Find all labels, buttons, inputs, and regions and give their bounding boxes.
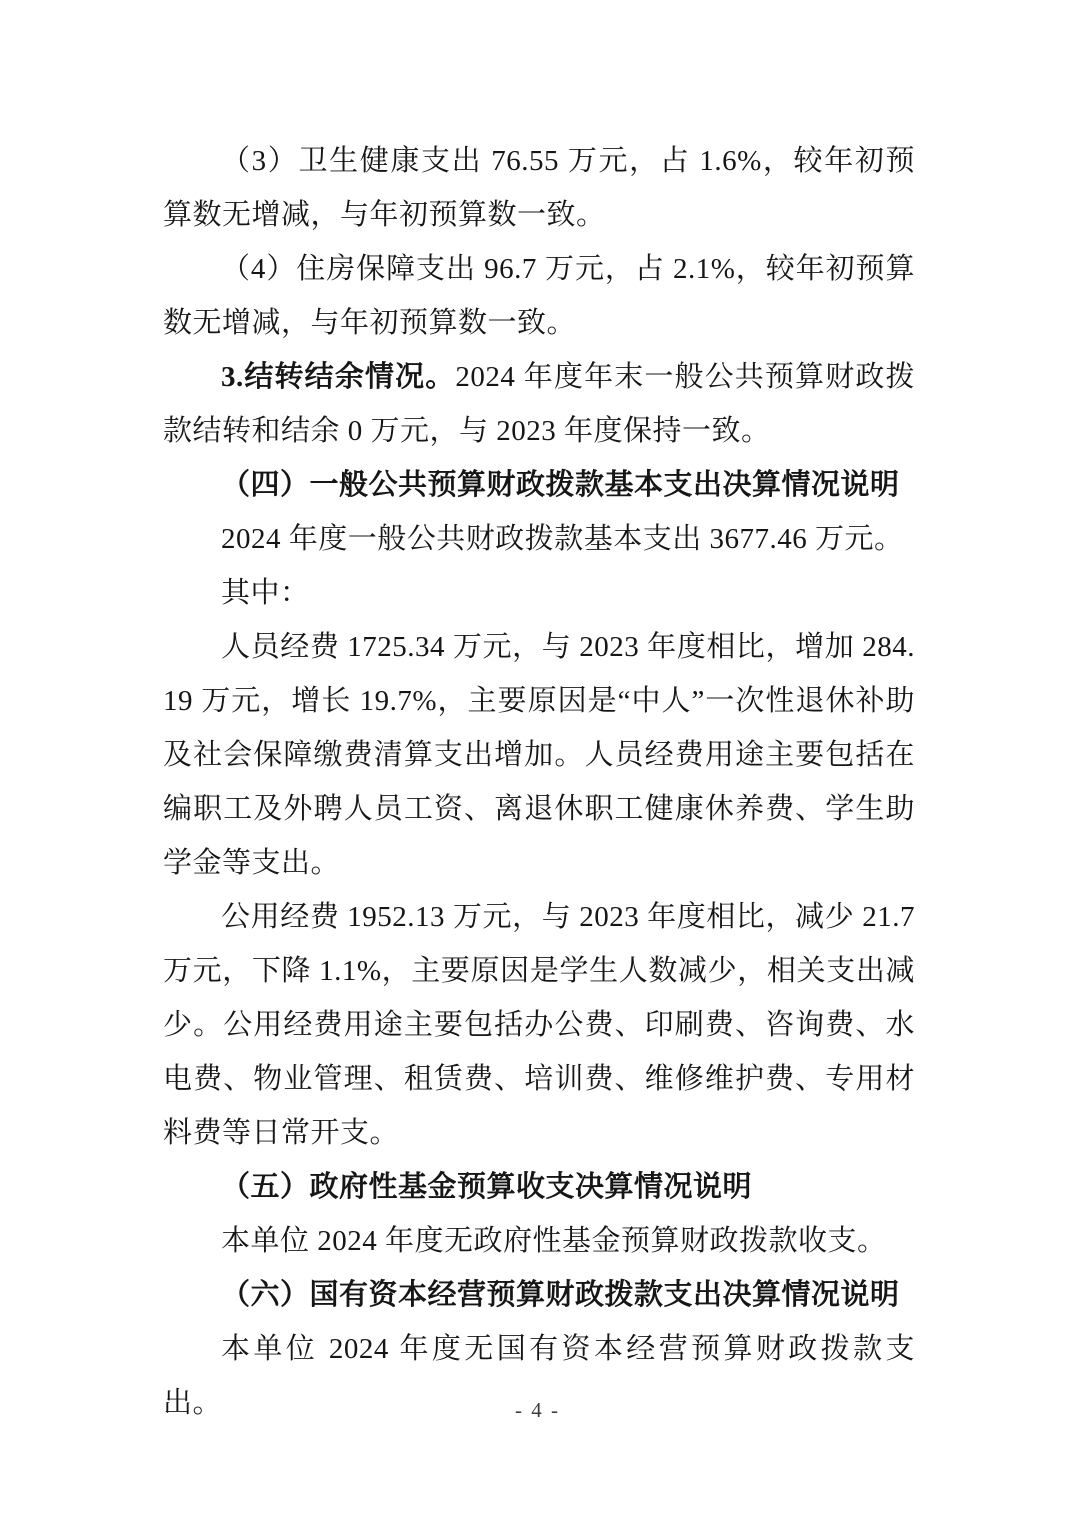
page-number: - 4 -: [0, 1398, 1075, 1423]
section-heading-state-capital-budget: （六）国有资本经营预算财政拨款支出决算情况说明: [163, 1268, 915, 1322]
heading-text: （六）国有资本经营预算财政拨款支出决算情况说明: [221, 1279, 900, 1311]
paragraph-no-government-fund: 本单位 2024 年度无政府性基金预算财政拨款收支。: [163, 1214, 915, 1268]
document-page: （3）卫生健康支出 76.55 万元，占 1.6%，较年初预算数无增减，与年初预…: [0, 0, 1075, 1520]
section-heading-government-fund-budget: （五）政府性基金预算收支决算情况说明: [163, 1160, 915, 1214]
paragraph-text: （4）住房保障支出 96.7 万元，占 2.1%，较年初预算数无增减，与年初预算…: [163, 253, 915, 339]
paragraph-text: 2024 年度一般公共财政拨款基本支出 3677.46 万元。: [221, 523, 904, 555]
paragraph-health-expenditure: （3）卫生健康支出 76.55 万元，占 1.6%，较年初预算数无增减，与年初预…: [163, 134, 915, 242]
paragraph-text: 人员经费 1725.34 万元，与 2023 年度相比，增加 284.19 万元…: [163, 631, 915, 879]
document-body: （3）卫生健康支出 76.55 万元，占 1.6%，较年初预算数无增减，与年初预…: [163, 134, 915, 1430]
paragraph-text: （3）卫生健康支出 76.55 万元，占 1.6%，较年初预算数无增减，与年初预…: [163, 145, 915, 231]
paragraph-basic-expenditure-total: 2024 年度一般公共财政拨款基本支出 3677.46 万元。: [163, 512, 915, 566]
paragraph-text: 本单位 2024 年度无政府性基金预算财政拨款收支。: [221, 1225, 887, 1257]
paragraph-carryover-balance: 3.结转结余情况。2024 年度年末一般公共预算财政拨款结转和结余 0 万元，与…: [163, 350, 915, 458]
paragraph-housing-expenditure: （4）住房保障支出 96.7 万元，占 2.1%，较年初预算数无增减，与年初预算…: [163, 242, 915, 350]
paragraph-text: 公用经费 1952.13 万元，与 2023 年度相比，减少 21.7 万元，下…: [163, 901, 915, 1149]
paragraph-bold-lead: 3.结转结余情况。: [221, 361, 455, 393]
paragraph-personnel-funds: 人员经费 1725.34 万元，与 2023 年度相比，增加 284.19 万元…: [163, 620, 915, 890]
section-heading-basic-expenditure: （四）一般公共预算财政拨款基本支出决算情况说明: [163, 458, 915, 512]
heading-text: （四）一般公共预算财政拨款基本支出决算情况说明: [221, 469, 900, 501]
paragraph-text: 其中：: [221, 577, 310, 609]
paragraph-among-which: 其中：: [163, 566, 915, 620]
paragraph-public-funds: 公用经费 1952.13 万元，与 2023 年度相比，减少 21.7 万元，下…: [163, 890, 915, 1160]
heading-text: （五）政府性基金预算收支决算情况说明: [221, 1171, 752, 1203]
